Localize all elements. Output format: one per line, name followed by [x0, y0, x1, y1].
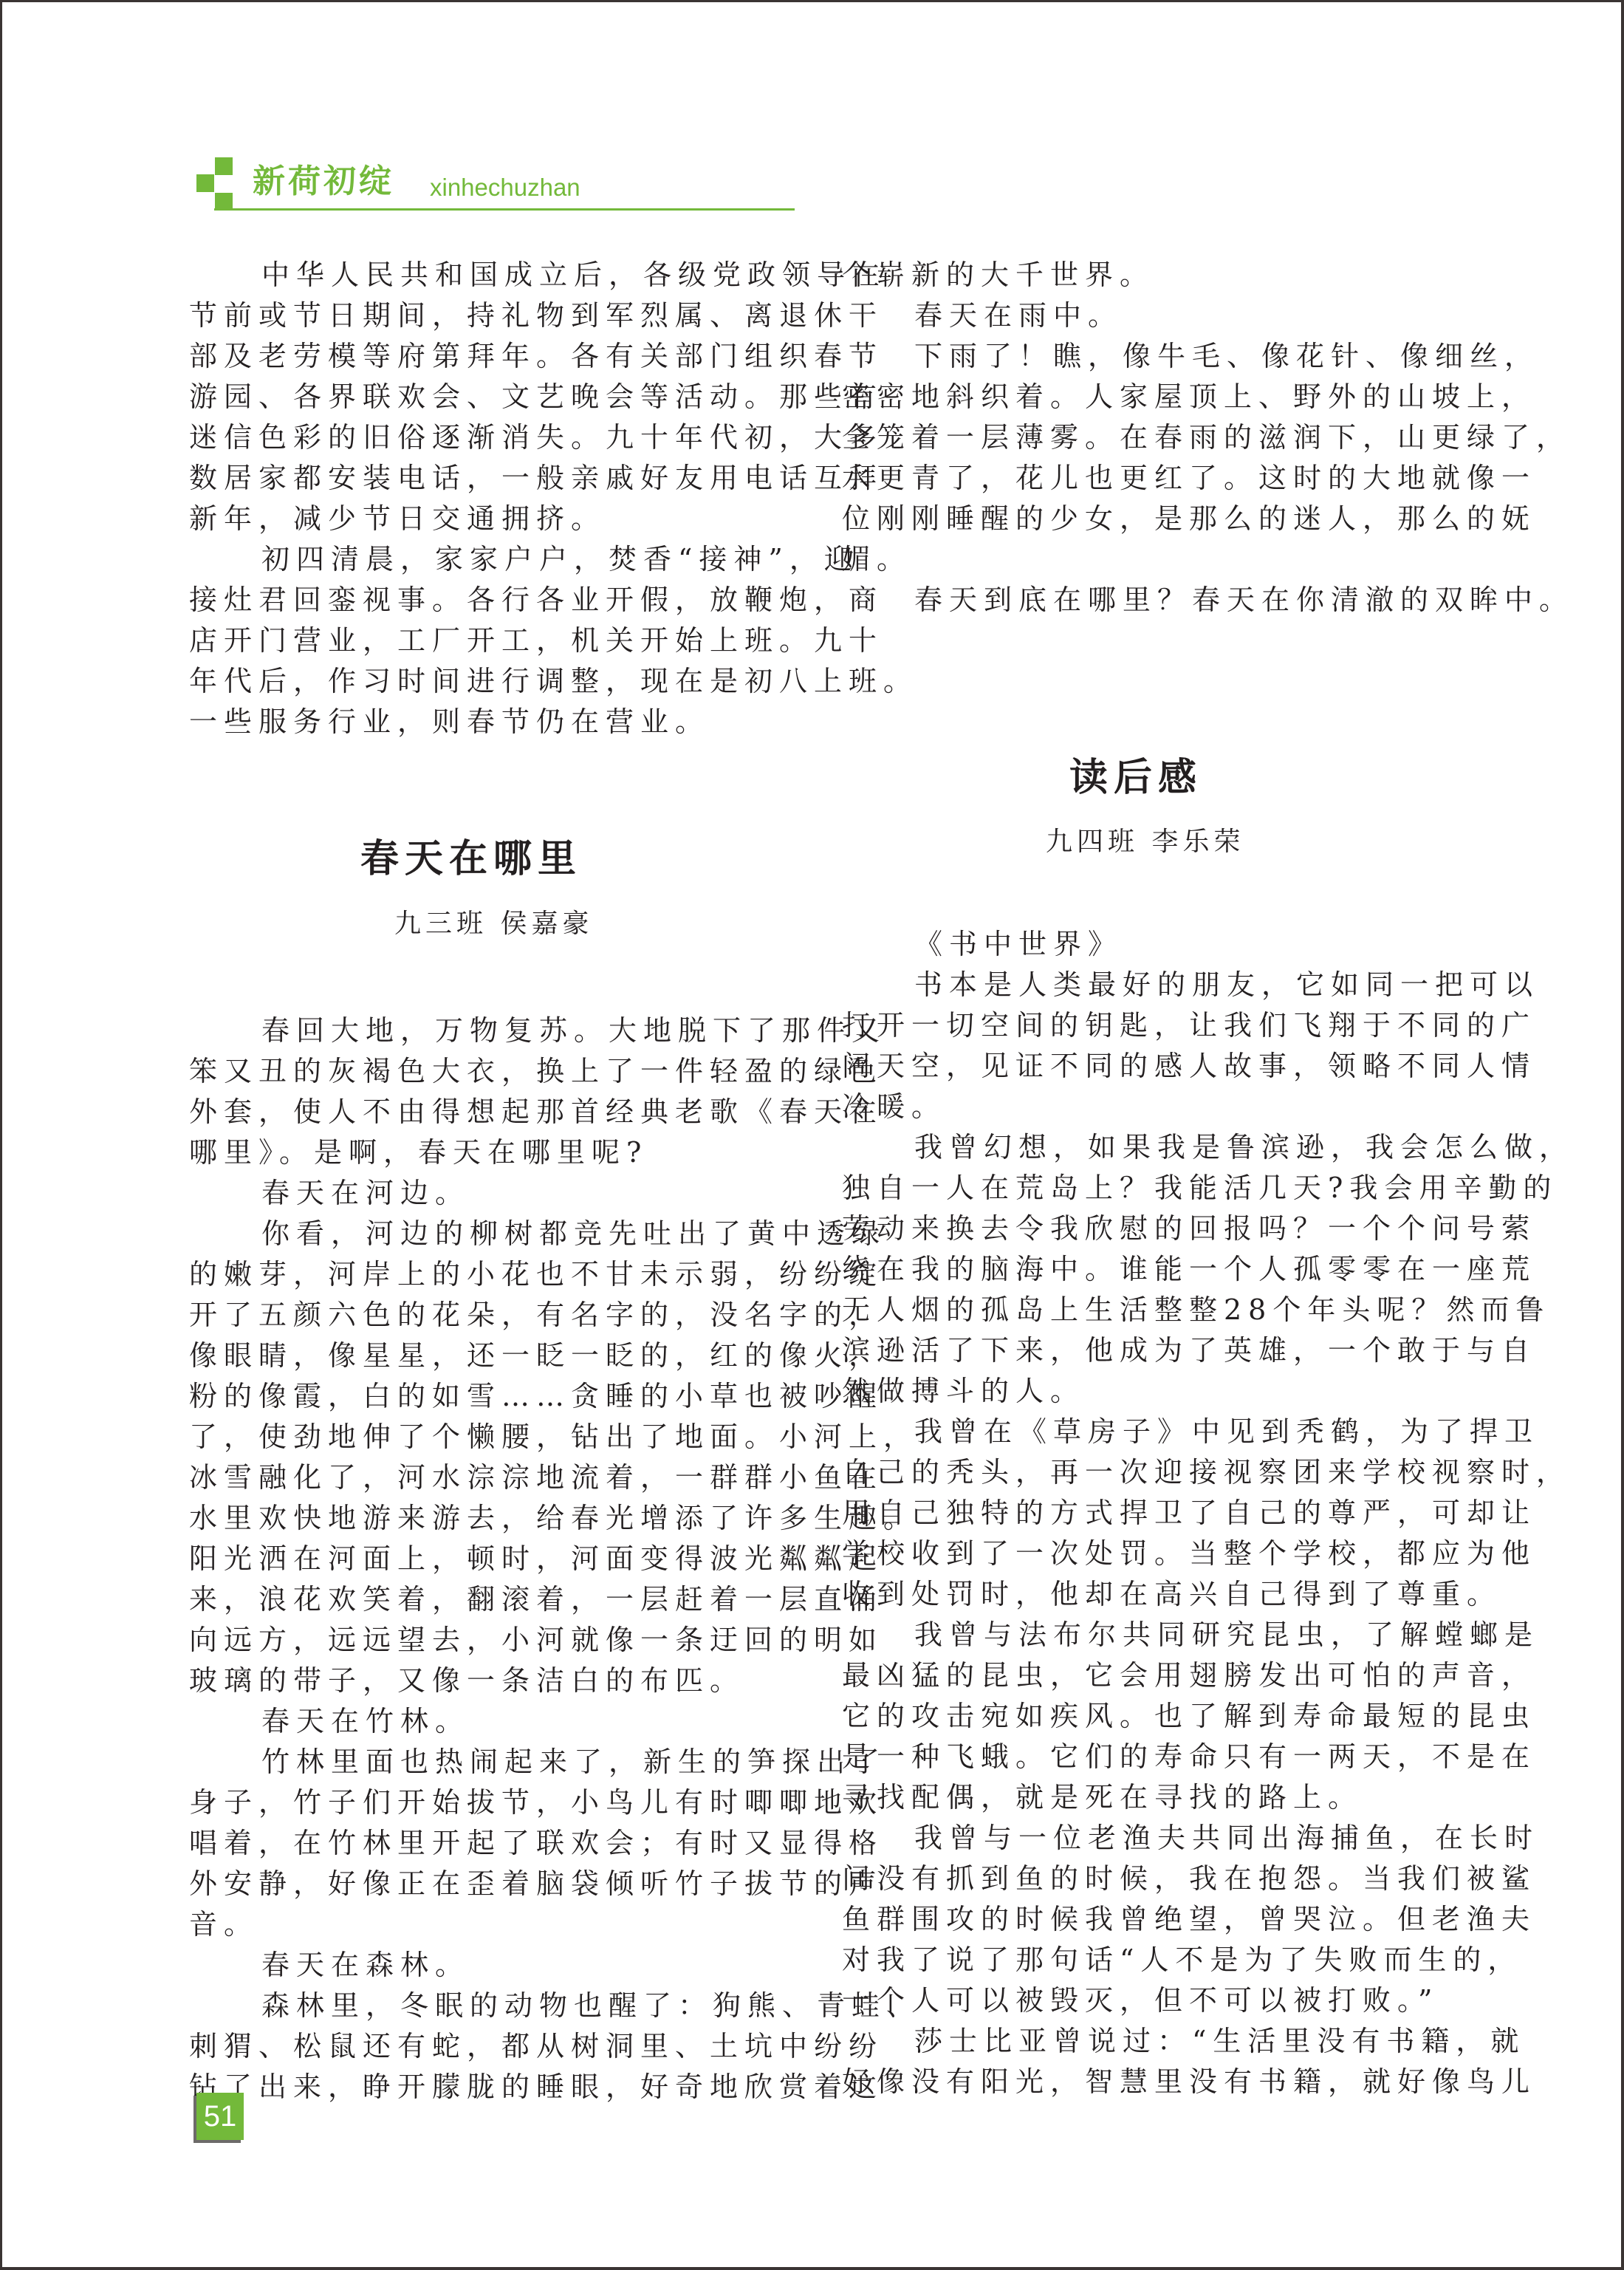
body-text-line: 迷信色彩的旧俗逐渐消失。九十年代初，大多 [189, 419, 883, 456]
body-text-line: 来，浪花欢笑着，翻滚着，一层赶着一层直涌 [189, 1581, 883, 1618]
body-text-line: 钻了出来，睁开朦胧的睡眼，好奇地欣赏着这 [189, 2068, 883, 2105]
body-text-line: 音。 [189, 1906, 258, 1943]
body-text-line: 粉的像霞，白的如雪……贪睡的小草也被吵醒 [189, 1378, 883, 1415]
body-text-line: 无人烟的孤岛上生活整整28个年头呢？然而鲁 [842, 1291, 1550, 1328]
page-number-badge: 51 [196, 2093, 244, 2140]
body-text-line: 外套，使人不由得想起那首经典老歌《春天在 [189, 1093, 883, 1130]
body-text-line: 森林里，冬眠的动物也醒了：狗熊、青蛙、 [189, 1987, 921, 2024]
header-divider [214, 208, 795, 211]
body-text-line: 店开门营业，工厂开工，机关开始上班。九十 [189, 622, 883, 659]
body-text-line: 一个人可以被毁灭，但不可以被打败。” [842, 1982, 1439, 2019]
body-text-line: 冷暖。 [842, 1088, 946, 1125]
body-text-line: 的嫩芽，河岸上的小花也不甘未示弱，纷纷绽 [189, 1256, 883, 1293]
body-text-line: 刺猬、松鼠还有蛇，都从树洞里、土坑中纷纷 [189, 2028, 883, 2065]
body-text-line: 水更青了，花儿也更红了。这时的大地就像一 [842, 459, 1536, 496]
body-text-line: 是一种飞蛾。它们的寿命只有一两天，不是在 [842, 1738, 1536, 1775]
section-pinyin: xinhechuzhan [430, 170, 580, 205]
body-text-line: 部及老劳模等府第拜年。各有关部门组织春节 [189, 338, 883, 375]
body-text-line: 我曾与一位老渔夫共同出海捕鱼，在长时 [842, 1819, 1539, 1856]
body-text-line: 水里欢快地游来游去，给春光增添了许多生趣。 [189, 1500, 918, 1536]
body-text-line: 春天在竹林。 [189, 1703, 470, 1740]
body-text-line: 阔天空，见证不同的感人故事，领略不同人情 [842, 1047, 1536, 1084]
body-text-line: 一些服务行业，则春节仍在营业。 [189, 703, 710, 740]
body-text-line: 哪里》。是啊，春天在哪里呢? [189, 1134, 648, 1171]
body-text-line: 寻找配偶，就是死在寻找的路上。 [842, 1779, 1363, 1816]
body-text-line: 然做搏斗的人。 [842, 1372, 1085, 1409]
body-text-line: 我曾幻想，如果我是鲁滨逊，我会怎么做， [842, 1129, 1574, 1166]
body-text-line: 春天在雨中。 [842, 297, 1123, 334]
body-text-line: 数居家都安装电话，一般亲戚好友用电话互拜 [189, 459, 883, 496]
section-header: 新荷初绽 xinhechuzhan [193, 154, 799, 213]
body-text-line: 我曾与法布尔共同研究昆虫，了解螳螂是 [842, 1616, 1539, 1653]
body-text-line: 玻璃的带子，又像一条洁白的布匹。 [189, 1662, 744, 1699]
body-text-line: 接灶君回銮视事。各行各业开假，放鞭炮，商 [189, 581, 883, 618]
body-text-line: 学校收到了一次处罚。当整个学校，都应为他 [842, 1535, 1536, 1572]
body-text-line: 自己的秃头，再一次迎接视察团来学校视察时， [842, 1454, 1571, 1491]
body-text-line: 好像没有阳光，智慧里没有书籍，就好像鸟儿 [842, 2063, 1536, 2100]
body-text-line: 竹林里面也热闹起来了，新生的笋探出了 [189, 1743, 886, 1780]
body-text-line: 间没有抓到鱼的时候，我在抱怨。当我们被鲨 [842, 1860, 1536, 1897]
body-text-line: 打开一切空间的钥匙，让我们飞翔于不同的广 [842, 1007, 1536, 1044]
header-logo-square-icon [215, 157, 233, 175]
body-text-line: 开了五颜六色的花朵，有名字的，没名字的， [189, 1296, 883, 1333]
body-text-line: 劳动来换去令我欣慰的回报吗？一个个问号萦 [842, 1210, 1536, 1247]
body-text-line: 莎士比亚曾说过：“生活里没有书籍，就 [842, 2023, 1525, 2059]
body-text-line: 年代后，作习时间进行调整，现在是初八上班。 [189, 663, 918, 700]
body-text-line: 了，使劲地伸了个懒腰，钻出了地面。小河上， [189, 1418, 918, 1455]
body-text-line: 位刚刚睡醒的少女，是那么的迷人，那么的妩 [842, 500, 1536, 537]
body-text-line: 向远方，远远望去，小河就像一条迂回的明如 [189, 1621, 883, 1658]
body-text-line: 游园、各界联欢会、文艺晚会等活动。那些有 [189, 378, 883, 415]
body-text-line: 鱼群围攻的时候我曾绝望，曾哭泣。但老渔夫 [842, 1901, 1536, 1938]
body-text-line: 冰雪融化了，河水淙淙地流着，一群群小鱼在 [189, 1459, 883, 1496]
body-text-line: 用自己独特的方式捍卫了自己的尊严，可却让 [842, 1494, 1536, 1531]
body-text-line: 独自一人在荒岛上？我能活几天?我会用辛勤的 [842, 1169, 1558, 1206]
body-text-line: 媚。 [842, 541, 911, 578]
body-text-line: 我曾在《草房子》中见到秃鹤，为了捍卫 [842, 1413, 1539, 1450]
body-text-line: 阳光洒在河面上，顿时，河面变得波光粼粼起 [189, 1540, 883, 1577]
body-text-line: 新年，减少节日交通拥挤。 [189, 500, 606, 537]
body-text-line: 你看，河边的柳树都竞先吐出了黄中透绿 [189, 1215, 886, 1252]
body-text-line: 节前或节日期间，持礼物到军烈属、离退休干 [189, 297, 883, 334]
body-text-line: 外安静，好像正在歪着脑袋倾听竹子拔节的声 [189, 1865, 883, 1902]
body-text-line: 《书中世界》 [842, 926, 1123, 963]
article-title: 春天在哪里 [360, 833, 582, 885]
body-text-line: 中华人民共和国成立后，各级党政领导在 [189, 256, 886, 293]
body-text-line: 春天在河边。 [189, 1175, 470, 1211]
body-text-line: 春天到底在哪里？春天在你清澈的双眸中。 [842, 581, 1574, 618]
section-title: 新荷初绽 [253, 158, 394, 205]
body-text-line: 笨又丑的灰褐色大衣，换上了一件轻盈的绿色 [189, 1053, 883, 1090]
body-text-line: 对我了说了那句话“人不是为了失败而生的， [842, 1941, 1522, 1978]
body-text-line: 密密地斜织着。人家屋顶上、野外的山坡上， [842, 378, 1536, 415]
article-byline: 九三班 侯嘉豪 [394, 906, 593, 943]
body-text-line: 最凶猛的昆虫，它会用翅膀发出可怕的声音， [842, 1657, 1536, 1694]
body-text-line: 全笼着一层薄雾。在春雨的滋润下，山更绿了， [842, 419, 1571, 456]
body-text-line: 它的攻击宛如疾风。也了解到寿命最短的昆虫 [842, 1698, 1536, 1734]
body-text-line: 像眼睛，像星星，还一眨一眨的，红的像火， [189, 1337, 883, 1374]
body-text-line: 收到处罚时，他却在高兴自己得到了尊重。 [842, 1576, 1501, 1613]
article-byline: 九四班 李乐荣 [1046, 824, 1244, 861]
body-text-line: 下雨了！瞧，像牛毛、像花针、像细丝， [842, 338, 1539, 375]
header-logo-square-icon [196, 174, 214, 192]
body-text-line: 初四清晨，家家户户，焚香“接神”，迎 [189, 541, 859, 578]
body-text-line: 春天在森林。 [189, 1946, 470, 1983]
body-text-line: 滨逊活了下来，他成为了英雄，一个敢于与自 [842, 1332, 1536, 1369]
body-text-line: 书本是人类最好的朋友，它如同一把可以 [842, 966, 1539, 1003]
body-text-line: 唱着，在竹林里开起了联欢会；有时又显得格 [189, 1825, 883, 1862]
body-text-line: 春回大地，万物复苏。大地脱下了那件又 [189, 1012, 886, 1049]
body-text-line: 个崭新的大千世界。 [842, 256, 1154, 293]
body-text-line: 身子，竹子们开始拔节，小鸟儿有时唧唧地欢 [189, 1784, 883, 1821]
body-text-line: 绕在我的脑海中。谁能一个人孤零零在一座荒 [842, 1251, 1536, 1288]
article-title: 读后感 [1069, 752, 1202, 804]
